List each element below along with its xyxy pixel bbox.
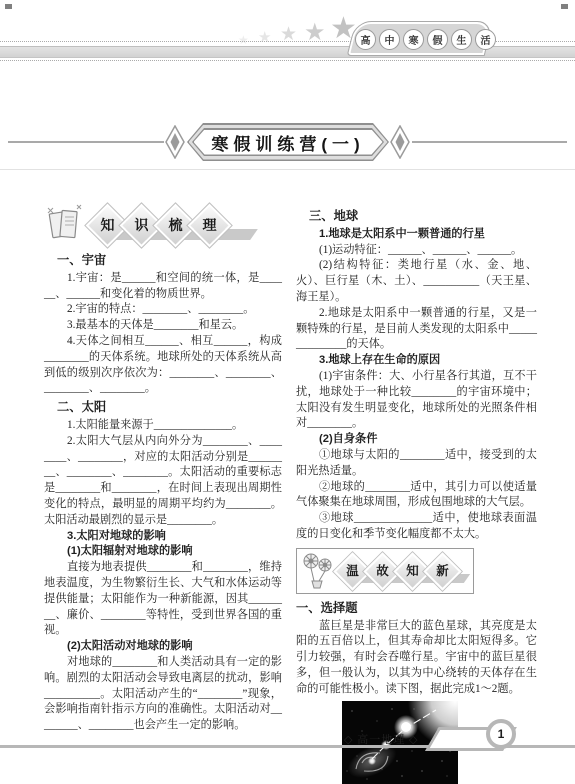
badge-char: 活	[481, 32, 491, 47]
questions-heading: 一、选择题	[296, 601, 537, 617]
badge-circle: 生	[451, 29, 472, 50]
diamond-tile: 新	[423, 552, 461, 590]
fill-blank-paragraph: (1)运动特征：______、______、______。	[296, 243, 537, 259]
sub-heading: 1.地球是太阳系中一颗普通的行星	[296, 227, 537, 243]
fill-blank-paragraph: 1.太阳能量来源于______________。	[44, 418, 282, 434]
header-char: 新	[431, 560, 454, 583]
header-char: 温	[341, 560, 364, 583]
star-icon: ★	[258, 30, 271, 45]
badge-circle: 中	[379, 29, 400, 50]
sub-heading: 3.地球上存在生命的原因	[296, 353, 537, 369]
badge-circle: 高	[355, 29, 376, 50]
review-section-header: 温 故 知 新	[296, 548, 474, 594]
right-column: 三、地球 1.地球是太阳系中一颗普通的行星 (1)运动特征：______、___…	[296, 206, 537, 784]
sub-banner-rule	[0, 169, 575, 170]
page-number-badge: 1	[486, 719, 516, 749]
badge-char: 寒	[409, 32, 419, 47]
badge-char: 生	[457, 32, 467, 47]
fill-blank-paragraph: ①地球与太阳的________适中，接受到的太阳光热适量。	[296, 448, 537, 480]
series-badge: 高 中 寒 假 生 活	[351, 21, 489, 56]
banner-right-line	[412, 141, 567, 143]
badge-char: 假	[433, 32, 443, 47]
section-heading: 二、太阳	[44, 400, 282, 416]
left-column: 知 识 梳 理 一、宇宙 1.宇宙：是______和空间的统一体，是______…	[44, 202, 282, 734]
badge-char: 高	[361, 32, 371, 47]
title-banner: 寒假训练营(一)	[187, 123, 389, 161]
sub-heading: (2)自身条件	[296, 432, 537, 448]
header-char: 梳	[162, 212, 189, 239]
diamond-ornament-icon	[390, 125, 410, 164]
books-icon	[44, 202, 86, 244]
banner-left-line	[8, 141, 164, 143]
fill-blank-paragraph: ③地球______________适中，使地球表面温度的日变化和季节变化幅度都不…	[296, 511, 537, 543]
fill-blank-paragraph: ②地球的________适中，其引力可以使适量气体聚集在地球周围，形成包围地球的…	[296, 480, 537, 512]
star-icon: ★	[238, 34, 249, 46]
fill-blank-paragraph: 4.天体之间相互______、相互______，构成________的天体系统。…	[44, 334, 282, 397]
fill-blank-paragraph: 2.太阳大气层从内向外分为________、________、________，…	[44, 434, 282, 529]
section-heading: 三、地球	[296, 209, 537, 225]
header-char: 理	[196, 212, 223, 239]
header-char: 知	[401, 560, 424, 583]
badge-circle: 活	[475, 29, 496, 50]
fill-blank-paragraph: 1.宇宙：是______和空间的统一体，是______、______和变化着的物…	[44, 271, 282, 303]
section-heading: 一、宇宙	[44, 253, 282, 269]
sub-heading: 3.太阳对地球的影响	[44, 529, 282, 545]
header-char: 知	[94, 212, 121, 239]
knowledge-section-header: 知 识 梳 理	[44, 202, 282, 250]
fill-blank-paragraph: (2)结构特征：类地行星（水、金、地、火）、巨行星（木、土）、_________…	[296, 258, 537, 305]
diamond-ornament-icon	[165, 125, 185, 164]
page-title: 寒假训练营(一)	[187, 123, 389, 161]
header-char: 识	[128, 212, 155, 239]
workbook-page: ★ ★ ★ ★ ★ 高 中 寒 假 生 活 寒假训练营(一)	[0, 0, 575, 784]
header-char: 故	[371, 560, 394, 583]
print-mark-right	[561, 4, 568, 9]
footer-subject: ◇ 高一地理 ◇	[344, 731, 418, 747]
fill-blank-paragraph: 2.宇宙的特点：________、________。	[44, 302, 282, 318]
print-mark-left	[5, 4, 12, 9]
fill-blank-paragraph: 2.地球是太阳系中一颗普通的行星，又是一颗特殊的行星，是目前人类发现的太阳系中_…	[296, 306, 537, 353]
sub-heading: (1)太阳辐射对地球的影响	[44, 544, 282, 560]
badge-circle: 假	[427, 29, 448, 50]
question-intro-paragraph: 蓝巨星是非常巨大的蓝色星球，其亮度是太阳的五百倍以上，但其寿命却比太阳短得多。它…	[296, 619, 537, 698]
top-dotted-rule-lower	[0, 60, 575, 61]
sub-heading: (2)太阳活动对地球的影响	[44, 639, 282, 655]
fill-blank-paragraph: 3.最基本的天体是________和星云。	[44, 318, 282, 334]
fill-blank-paragraph: 对地球的________和人类活动具有一定的影响。剧烈的太阳活动会导致电离层的扰…	[44, 655, 282, 734]
diamond-tile: 理	[188, 204, 232, 248]
fill-blank-paragraph: 直接为地表提供________和________，维持地表温度，为生物繁衍生长、…	[44, 560, 282, 639]
badge-char: 中	[385, 32, 395, 47]
badge-circle: 寒	[403, 29, 424, 50]
fill-blank-paragraph: (1)宇宙条件：大、小行星各行其道，互不干扰，地球处于一种比较________的…	[296, 369, 537, 432]
